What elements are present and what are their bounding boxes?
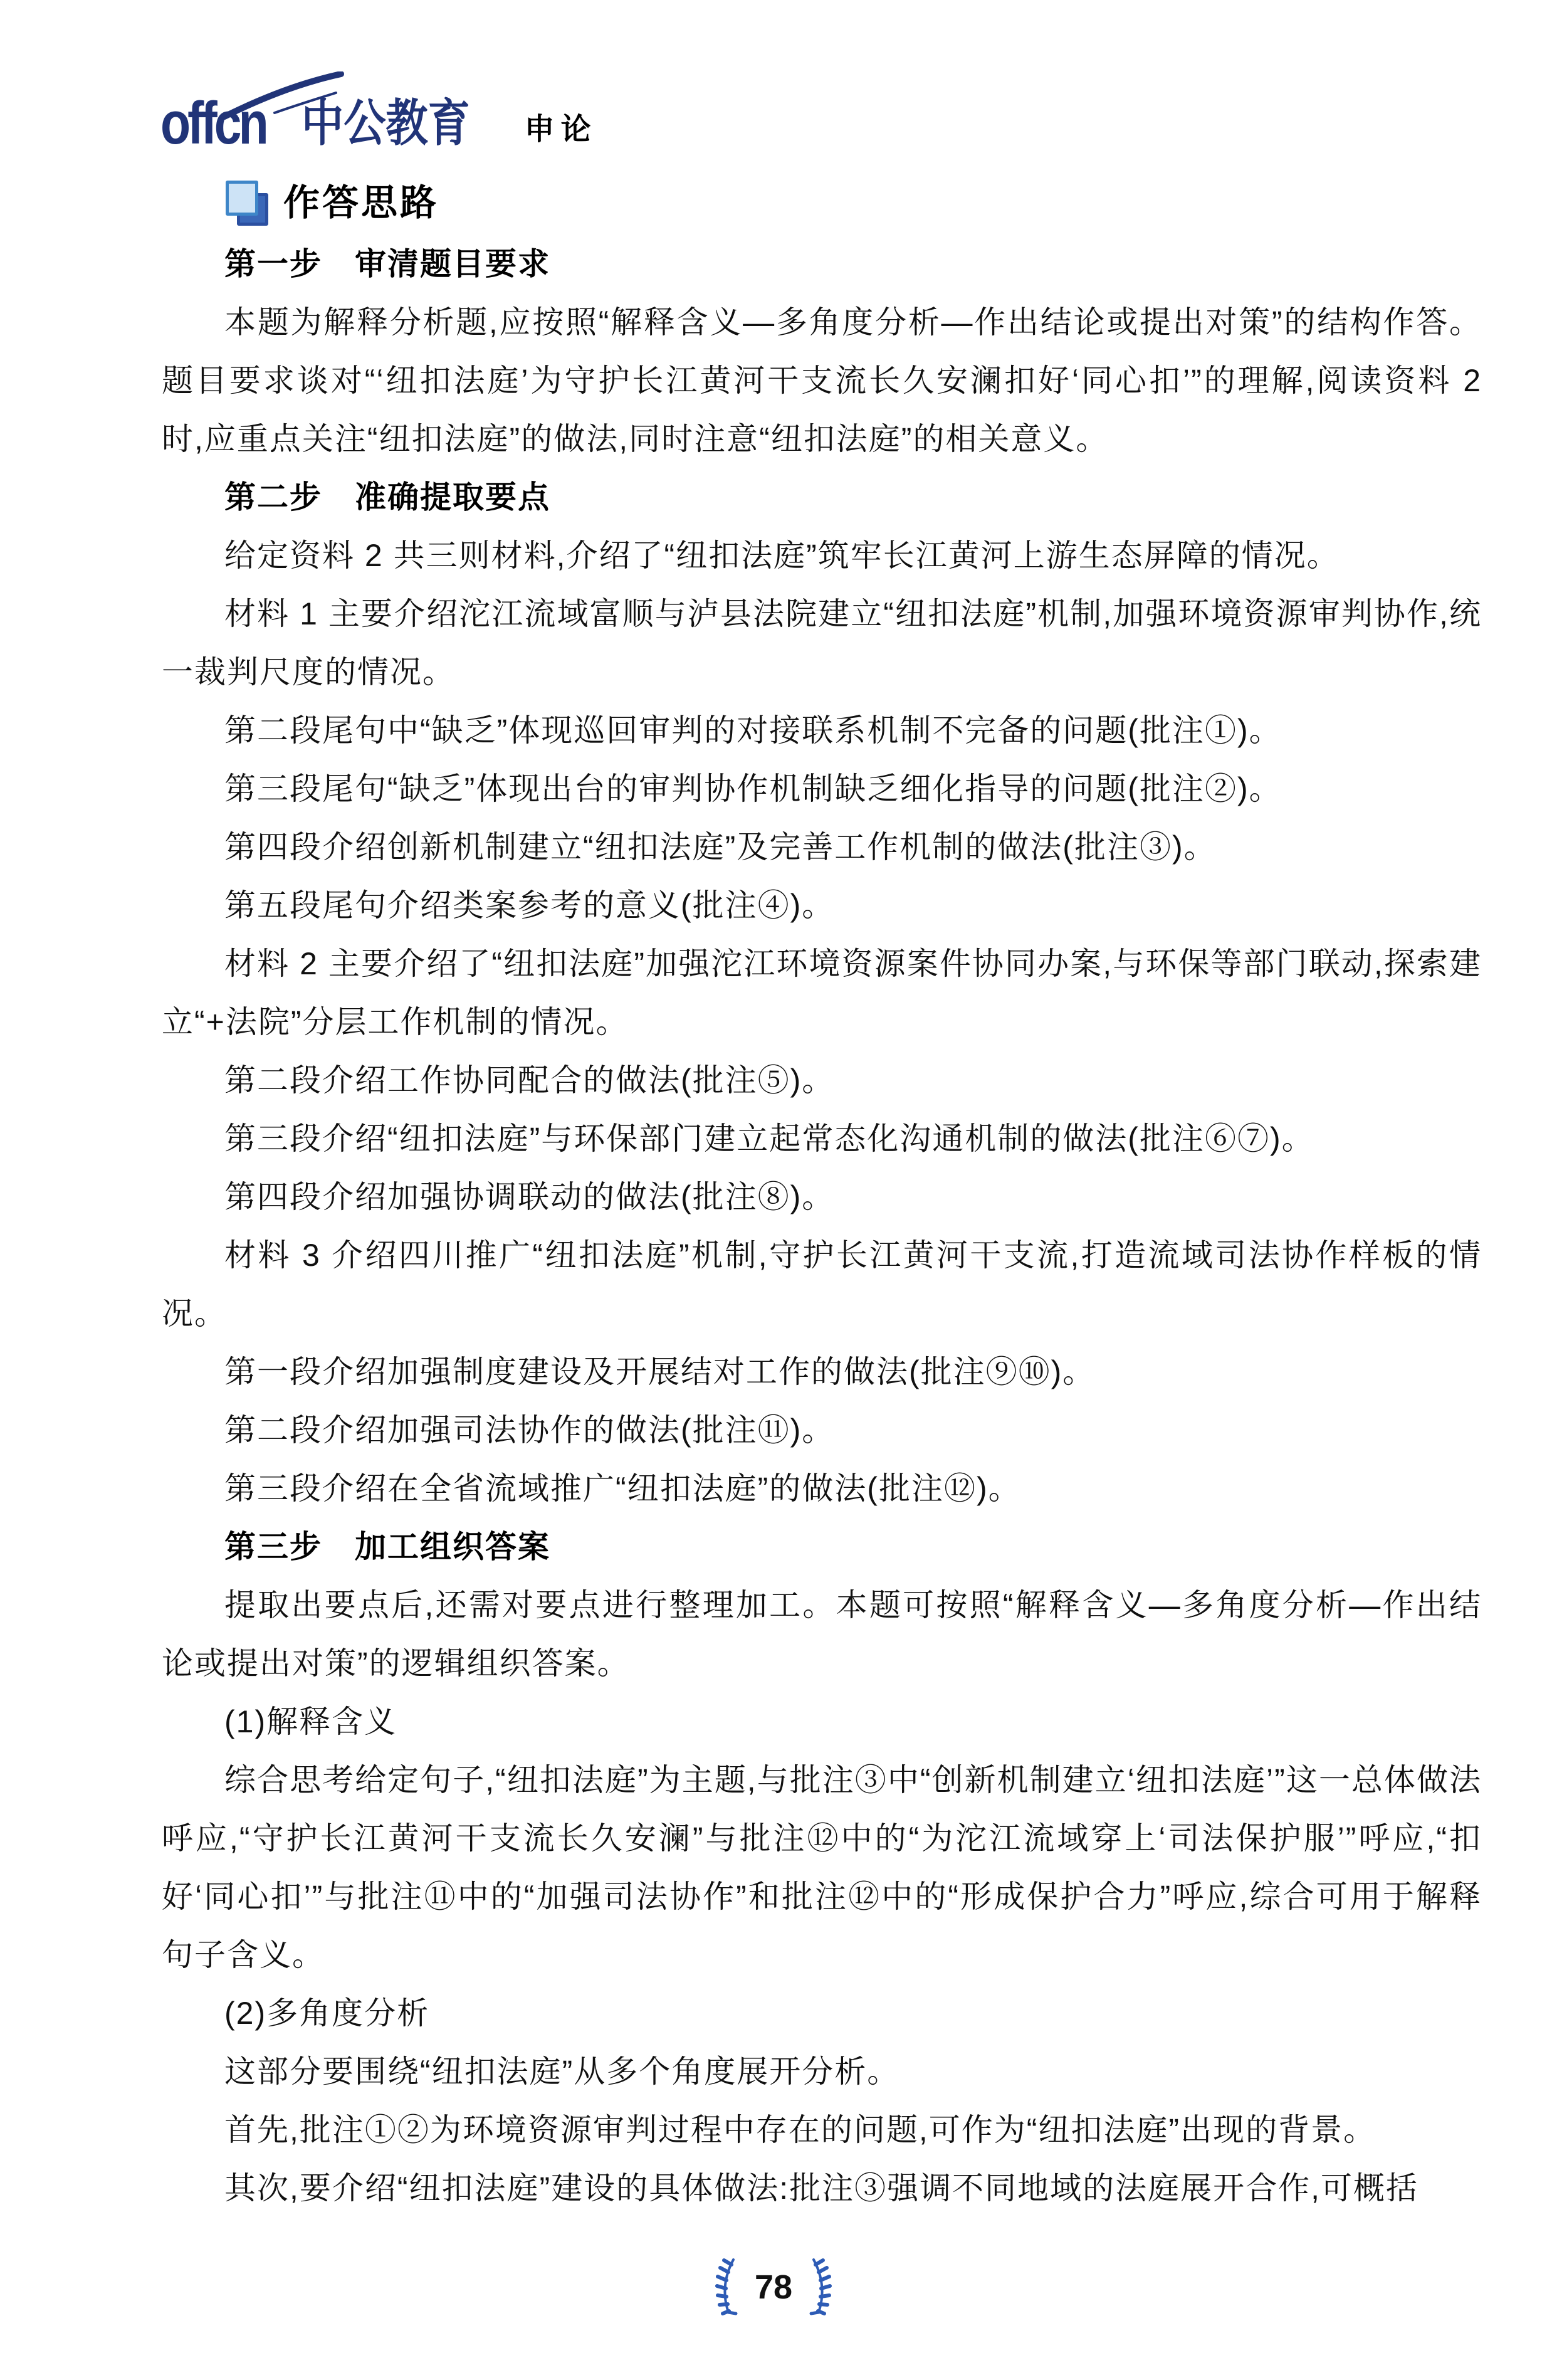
- laurel-left-icon: [712, 2257, 738, 2317]
- paragraph: 第四段介绍创新机制建立“纽扣法庭”及完善工作机制的做法(批注③)。: [162, 818, 1482, 877]
- paragraph: 材料 2 主要介绍了“纽扣法庭”加强沱江环境资源案件协同办案,与环保等部门联动,…: [162, 935, 1482, 1051]
- logo-cn-text: 中公教育: [302, 98, 470, 149]
- content: 第一步 审清题目要求本题为解释分析题,应按照“解释含义—多角度分析—作出结论或提…: [162, 235, 1482, 2218]
- paragraph: 第四段介绍加强协调联动的做法(批注⑧)。: [162, 1168, 1482, 1226]
- paragraph: 给定资料 2 共三则材料,介绍了“纽扣法庭”筑牢长江黄河上游生态屏障的情况。: [162, 527, 1482, 585]
- subject-label: 申论: [525, 115, 597, 145]
- logo-latin-text: offcn: [160, 99, 266, 149]
- scanned-book-page: offcn 中公教育 申论 作答思路 第一步 审清题目要求本题为解释分析题,应按…: [0, 0, 1547, 2380]
- paragraph: (2)多角度分析: [162, 1984, 1482, 2043]
- paragraph: 这部分要围绕“纽扣法庭”从多个角度展开分析。: [162, 2043, 1482, 2101]
- paragraph: 第三段尾句“缺乏”体现出台的审判协作机制缺乏细化指导的问题(批注②)。: [162, 760, 1482, 818]
- laurel-right-icon: [809, 2257, 835, 2317]
- paragraph: 其次,要介绍“纽扣法庭”建设的具体做法:批注③强调不同地域的法庭展开合作,可概括: [162, 2159, 1482, 2218]
- step-heading: 第一步 审清题目要求: [162, 235, 1482, 293]
- paragraph: 提取出要点后,还需对要点进行整理加工。本题可按照“解释含义—多角度分析—作出结论…: [162, 1576, 1482, 1693]
- section-title: 作答思路: [226, 181, 439, 226]
- page-number: 78: [755, 2270, 792, 2304]
- page-icon-front-square: [226, 181, 258, 216]
- paragraph: 第二段介绍工作协同配合的做法(批注⑤)。: [162, 1051, 1482, 1110]
- paragraph: 第三段介绍“纽扣法庭”与环保部门建立起常态化沟通机制的做法(批注⑥⑦)。: [162, 1110, 1482, 1168]
- page-footer: 78: [0, 2257, 1547, 2317]
- paragraph: 综合思考给定句子,“纽扣法庭”为主题,与批注③中“创新机制建立‘纽扣法庭’”这一…: [162, 1751, 1482, 1984]
- brand-header: offcn 中公教育 申论: [160, 76, 597, 149]
- paragraph: 第五段尾句介绍类案参考的意义(批注④)。: [162, 877, 1482, 935]
- paragraph: 第二段尾句中“缺乏”体现巡回审判的对接联系机制不完备的问题(批注①)。: [162, 702, 1482, 760]
- paragraph: 第三段介绍在全省流域推广“纽扣法庭”的做法(批注⑫)。: [162, 1460, 1482, 1518]
- paragraph: 材料 1 主要介绍沱江流域富顺与泸县法院建立“纽扣法庭”机制,加强环境资源审判协…: [162, 585, 1482, 702]
- offcn-logo: offcn: [160, 76, 289, 149]
- paragraph: 本题为解释分析题,应按照“解释含义—多角度分析—作出结论或提出对策”的结构作答。…: [162, 293, 1482, 468]
- paragraph: 第二段介绍加强司法协作的做法(批注⑪)。: [162, 1401, 1482, 1460]
- section-title-label: 作答思路: [283, 185, 439, 221]
- paragraph: 首先,批注①②为环境资源审判过程中存在的问题,可作为“纽扣法庭”出现的背景。: [162, 2101, 1482, 2159]
- overlapping-pages-icon: [226, 181, 267, 226]
- paragraph: (1)解释含义: [162, 1693, 1482, 1751]
- paragraph: 材料 3 介绍四川推广“纽扣法庭”机制,守护长江黄河干支流,打造流域司法协作样板…: [162, 1226, 1482, 1343]
- paragraph: 第一段介绍加强制度建设及开展结对工作的做法(批注⑨⑩)。: [162, 1343, 1482, 1401]
- step-heading: 第二步 准确提取要点: [162, 468, 1482, 527]
- step-heading: 第三步 加工组织答案: [162, 1518, 1482, 1576]
